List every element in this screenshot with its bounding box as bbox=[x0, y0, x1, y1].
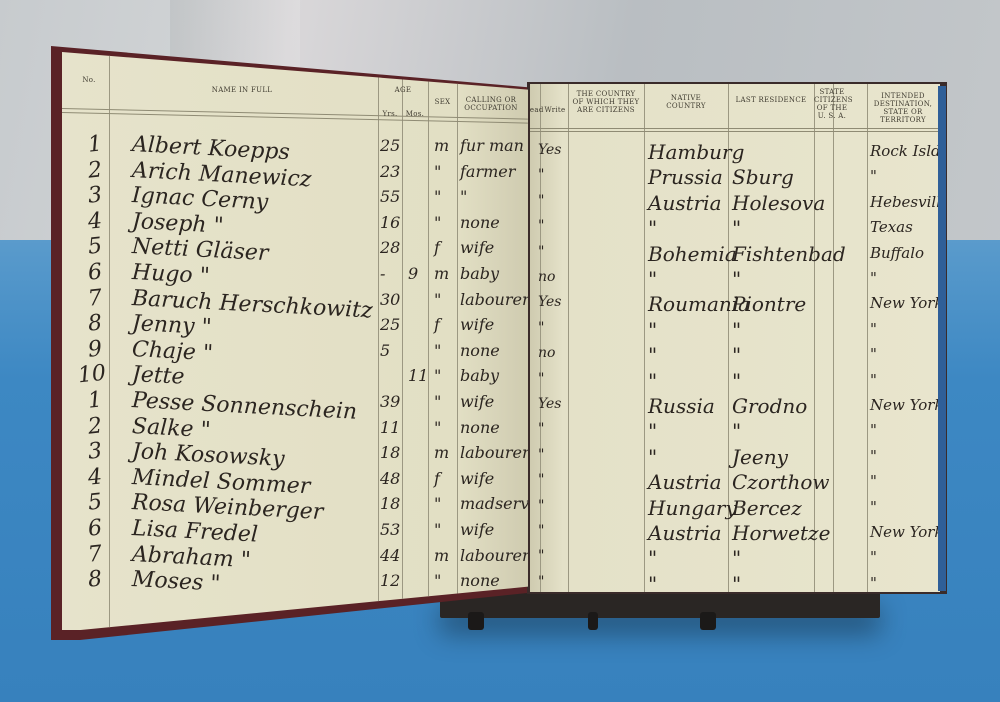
occupation: none bbox=[460, 571, 500, 590]
header-state-citizens: STATE CITIZENS OF THE U. S. A. bbox=[814, 88, 850, 120]
destination: " bbox=[870, 167, 877, 185]
passenger-name: Jette bbox=[131, 362, 185, 390]
row-number: 2 bbox=[87, 157, 104, 183]
native-country: Austria bbox=[648, 470, 722, 494]
row-number: 3 bbox=[87, 183, 104, 209]
destination: Buffalo bbox=[870, 244, 924, 262]
sex: " bbox=[434, 571, 441, 590]
sex: " bbox=[434, 418, 441, 437]
destination: Rock Isld bbox=[870, 142, 940, 160]
native-country: " bbox=[648, 546, 657, 570]
age-months: 11 bbox=[408, 366, 428, 385]
right-page: Read Write THE COUNTRY OF WHICH THEY ARE… bbox=[530, 84, 940, 592]
page-edge bbox=[938, 86, 946, 591]
sex: " bbox=[434, 494, 441, 513]
age-years: 44 bbox=[380, 546, 400, 565]
native-country: " bbox=[648, 216, 657, 240]
last-residence: Jeeny bbox=[732, 445, 788, 469]
read-write: " bbox=[538, 421, 544, 437]
age-years: 25 bbox=[380, 136, 400, 155]
age-years: 16 bbox=[380, 213, 400, 232]
last-residence: Sburg bbox=[732, 165, 794, 189]
occupation: farmer bbox=[460, 162, 515, 181]
column-divider bbox=[814, 84, 815, 592]
age-years: 25 bbox=[380, 315, 400, 334]
sex: " bbox=[434, 162, 441, 181]
header-write: Write bbox=[542, 106, 568, 114]
column-divider bbox=[378, 52, 379, 630]
read-write: Yes bbox=[538, 142, 562, 158]
sex: m bbox=[434, 546, 449, 565]
occupation: wife bbox=[460, 469, 494, 488]
age-years: 5 bbox=[380, 341, 390, 360]
sex: m bbox=[434, 264, 449, 283]
last-residence: Holesova bbox=[732, 191, 825, 215]
header-rule bbox=[530, 128, 940, 129]
read-write: " bbox=[538, 167, 544, 183]
header-last-residence: LAST RESIDENCE bbox=[734, 96, 808, 104]
age-years: - bbox=[380, 264, 385, 283]
destination: " bbox=[870, 345, 877, 363]
occupation: none bbox=[460, 213, 500, 232]
age-years: 12 bbox=[380, 571, 400, 590]
read-write: " bbox=[538, 193, 544, 209]
column-divider bbox=[540, 84, 541, 592]
occupation: " bbox=[460, 187, 467, 206]
age-months: 9 bbox=[408, 264, 418, 283]
last-residence: " bbox=[732, 318, 741, 342]
destination: " bbox=[870, 421, 877, 439]
column-divider bbox=[109, 52, 110, 630]
native-country: " bbox=[648, 369, 657, 393]
occupation: wife bbox=[460, 238, 494, 257]
occupation: none bbox=[460, 341, 500, 360]
sex: " bbox=[434, 520, 441, 539]
last-residence: " bbox=[732, 419, 741, 443]
sex: " bbox=[434, 213, 441, 232]
header-sex: SEX bbox=[428, 98, 457, 106]
column-divider bbox=[833, 84, 834, 592]
row-number: 7 bbox=[87, 285, 104, 311]
destination: " bbox=[870, 574, 877, 592]
last-residence: " bbox=[732, 267, 741, 291]
last-residence: Horwetze bbox=[732, 521, 830, 545]
read-write: " bbox=[538, 218, 544, 234]
read-write: " bbox=[538, 371, 544, 387]
native-country: " bbox=[648, 572, 657, 592]
age-years: 23 bbox=[380, 162, 400, 181]
read-write: " bbox=[538, 548, 544, 564]
row-number: 1 bbox=[87, 387, 104, 413]
passenger-name: Jenny " bbox=[131, 311, 212, 340]
native-country: " bbox=[648, 343, 657, 367]
read-write: Yes bbox=[538, 294, 562, 310]
row-number: 5 bbox=[87, 490, 104, 516]
column-divider bbox=[402, 52, 403, 630]
sex: " bbox=[434, 341, 441, 360]
row-number: 9 bbox=[87, 336, 104, 362]
header-age-mos: Mos. bbox=[402, 110, 428, 118]
native-country: Prussia bbox=[648, 165, 723, 189]
header-age-yrs: Yrs. bbox=[378, 110, 402, 118]
row-number: 6 bbox=[87, 259, 104, 285]
destination: New York bbox=[870, 523, 940, 541]
read-write: no bbox=[538, 345, 555, 361]
header-rule bbox=[530, 131, 940, 132]
destination: Texas bbox=[870, 218, 913, 236]
column-divider bbox=[644, 84, 645, 592]
native-country: " bbox=[648, 419, 657, 443]
read-write: " bbox=[538, 472, 544, 488]
native-country: Russia bbox=[648, 394, 715, 418]
occupation: wife bbox=[460, 392, 494, 411]
row-number: 1 bbox=[87, 131, 104, 157]
occupation: wife bbox=[460, 315, 494, 334]
sex: f bbox=[434, 469, 440, 488]
native-country: Hamburg bbox=[648, 140, 744, 164]
header-destination: INTENDED DESTINATION, STATE OR TERRITORY bbox=[868, 92, 938, 124]
read-write: " bbox=[538, 447, 544, 463]
column-divider bbox=[457, 52, 458, 630]
last-residence: Grodno bbox=[732, 394, 807, 418]
last-residence: Bercez bbox=[732, 496, 802, 520]
last-residence: " bbox=[732, 216, 741, 240]
age-years: 55 bbox=[380, 187, 400, 206]
last-residence: Fishtenbad bbox=[732, 242, 846, 266]
header-age: AGE bbox=[380, 86, 426, 94]
last-residence: " bbox=[732, 369, 741, 393]
destination: Hebesville bbox=[870, 193, 940, 211]
header-citizens-of: THE COUNTRY OF WHICH THEY ARE CITIZENS bbox=[570, 90, 642, 114]
sex: m bbox=[434, 443, 449, 462]
native-country: Hungary bbox=[648, 496, 737, 520]
header-no: No. bbox=[74, 76, 104, 84]
read-write: " bbox=[538, 244, 544, 260]
row-number: 4 bbox=[87, 464, 104, 490]
age-years: 28 bbox=[380, 238, 400, 257]
occupation: baby bbox=[460, 264, 499, 283]
column-divider bbox=[867, 84, 868, 592]
last-residence: Piontre bbox=[732, 292, 806, 316]
destination: New York bbox=[870, 396, 940, 414]
row-number: 5 bbox=[87, 234, 104, 260]
last-residence: " bbox=[732, 546, 741, 570]
read-write: " bbox=[538, 574, 544, 590]
sex: f bbox=[434, 238, 440, 257]
age-years: 48 bbox=[380, 469, 400, 488]
native-country: Austria bbox=[648, 191, 722, 215]
destination: " bbox=[870, 548, 877, 566]
destination: " bbox=[870, 498, 877, 516]
stand-hinge bbox=[700, 612, 716, 630]
passenger-name: Moses " bbox=[131, 567, 221, 597]
read-write: no bbox=[538, 269, 555, 285]
occupation: none bbox=[460, 418, 500, 437]
occupation: madservant bbox=[460, 494, 528, 513]
occupation: labourer bbox=[460, 290, 528, 309]
sex: " bbox=[434, 392, 441, 411]
native-country: " bbox=[648, 445, 657, 469]
read-write: Yes bbox=[538, 396, 562, 412]
age-years: 30 bbox=[380, 290, 400, 309]
read-write: " bbox=[538, 498, 544, 514]
sex: m bbox=[434, 136, 449, 155]
sex: " bbox=[434, 187, 441, 206]
destination: New York bbox=[870, 294, 940, 312]
row-number: 6 bbox=[87, 515, 104, 541]
occupation: baby bbox=[460, 366, 499, 385]
occupation: wife bbox=[460, 520, 494, 539]
row-number: 8 bbox=[87, 311, 104, 337]
row-number: 7 bbox=[87, 541, 104, 567]
native-country: Bohemia bbox=[648, 242, 737, 266]
destination: " bbox=[870, 320, 877, 338]
sex: " bbox=[434, 366, 441, 385]
sex: f bbox=[434, 315, 440, 334]
occupation: fur man bbox=[460, 136, 524, 155]
last-residence: " bbox=[732, 343, 741, 367]
occupation: labourer bbox=[460, 443, 528, 462]
native-country: " bbox=[648, 267, 657, 291]
occupation: labourer bbox=[460, 546, 528, 565]
native-country: " bbox=[648, 318, 657, 342]
header-name: NAME IN FULL bbox=[182, 86, 302, 94]
row-number: 2 bbox=[87, 413, 104, 439]
row-number: 4 bbox=[87, 208, 104, 234]
header-calling: CALLING OR OCCUPATION bbox=[460, 96, 522, 112]
row-number: 3 bbox=[87, 439, 104, 465]
destination: " bbox=[870, 447, 877, 465]
read-write: " bbox=[538, 320, 544, 336]
stand-hinge bbox=[468, 612, 484, 630]
age-years: 18 bbox=[380, 443, 400, 462]
row-number: 10 bbox=[77, 361, 107, 389]
row-number: 8 bbox=[87, 567, 104, 593]
destination: " bbox=[870, 472, 877, 490]
age-years: 39 bbox=[380, 392, 400, 411]
passenger-name: Salke " bbox=[131, 414, 211, 443]
native-country: Austria bbox=[648, 521, 722, 545]
stand-hinge bbox=[588, 612, 598, 630]
age-years: 53 bbox=[380, 520, 400, 539]
destination: " bbox=[870, 269, 877, 287]
sex: " bbox=[434, 290, 441, 309]
left-page: No. NAME IN FULL AGE Yrs. Mos. SEX CALLI… bbox=[62, 52, 528, 630]
age-years: 11 bbox=[380, 418, 400, 437]
read-write: " bbox=[538, 523, 544, 539]
passenger-name: Hugo " bbox=[131, 260, 210, 289]
header-native-country: NATIVE COUNTRY bbox=[650, 94, 722, 110]
age-years: 18 bbox=[380, 494, 400, 513]
last-residence: " bbox=[732, 572, 741, 592]
column-divider bbox=[428, 52, 429, 630]
destination: " bbox=[870, 371, 877, 389]
last-residence: Czorthow bbox=[732, 470, 830, 494]
column-divider bbox=[568, 84, 569, 592]
